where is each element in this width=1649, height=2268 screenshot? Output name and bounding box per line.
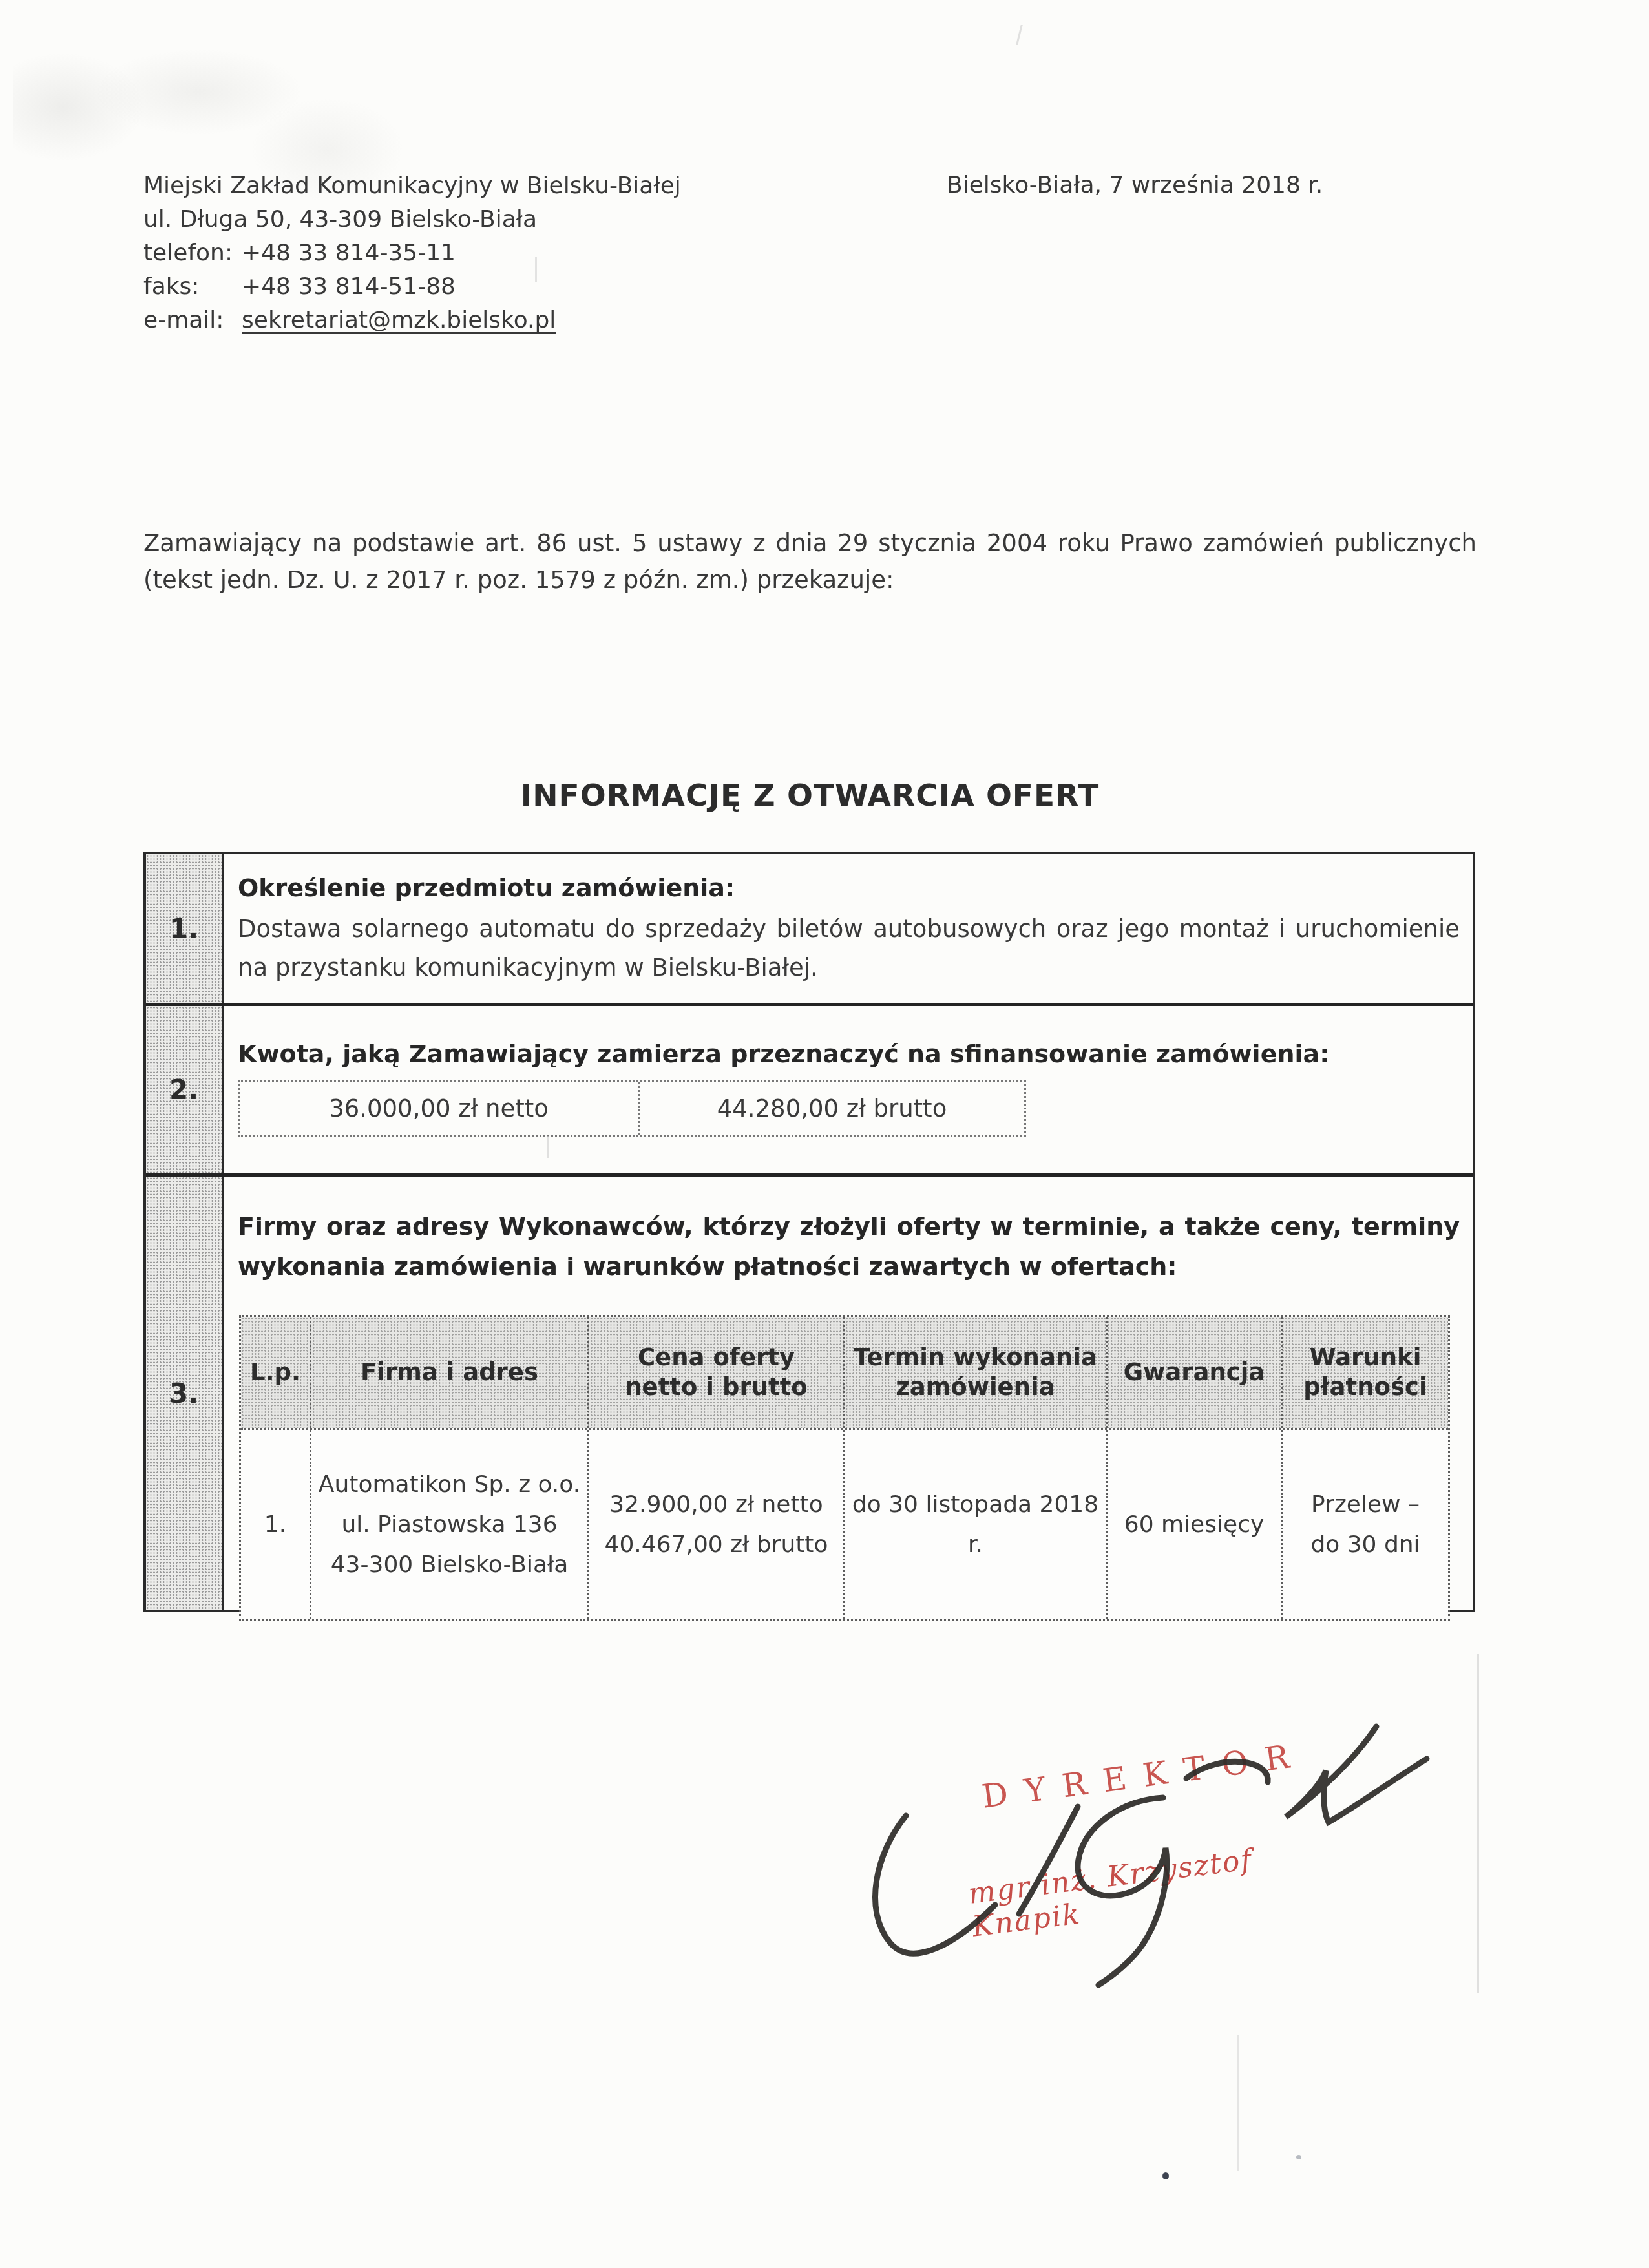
header-term-line1: Termin wykonania xyxy=(854,1343,1097,1372)
header-price-line2: netto i brutto xyxy=(625,1372,808,1402)
offer-warranty: 60 miesięcy xyxy=(1106,1430,1281,1619)
dateline: Bielsko-Biała, 7 września 2018 r. xyxy=(947,172,1323,198)
signature-stroke xyxy=(1078,1798,1167,1985)
offer-payment: Przelew –do 30 dni xyxy=(1281,1430,1448,1619)
fax-value: +48 33 814-51-88 xyxy=(242,273,456,300)
row1-content: Określenie przedmiotu zamówienia: Dostaw… xyxy=(224,854,1473,1003)
offer-firm-name: Automatikon Sp. z o.o. xyxy=(319,1465,580,1505)
row1-number-cell: 1. xyxy=(146,854,224,1003)
signature-stroke xyxy=(1019,1807,1078,1914)
phone-label: telefon: xyxy=(143,236,242,270)
sender-address: ul. Długa 50, 43-309 Bielsko-Biała xyxy=(143,203,681,236)
email-label: e-mail: xyxy=(143,304,242,337)
offer-price: 32.900,00 zł netto40.467,00 zł brutto xyxy=(587,1430,843,1619)
row3-content: Firmy oraz adresy Wykonawców, którzy zło… xyxy=(224,1177,1473,1610)
offer-lp: 1. xyxy=(241,1430,310,1619)
signature-stroke xyxy=(1186,1761,1268,1782)
row3-number-cell: 3. xyxy=(146,1177,224,1610)
offer-price-brutto: 40.467,00 zł brutto xyxy=(605,1525,828,1565)
offer-payment-line2: do 30 dni xyxy=(1310,1525,1420,1565)
offer-lp-value: 1. xyxy=(264,1505,286,1545)
scan-artifact-dot xyxy=(1162,2172,1169,2179)
header-price: Cena ofertynetto i brutto xyxy=(587,1317,843,1428)
sender-name: Miejski Zakład Komunikacyjny w Bielsku-B… xyxy=(143,169,681,203)
header-term-line2: zamówienia xyxy=(896,1372,1055,1402)
header-payment-line2: płatności xyxy=(1303,1372,1427,1402)
header-lp-label: L.p. xyxy=(250,1358,300,1387)
fax-label: faks: xyxy=(143,270,242,304)
amounts-box: 36.000,00 zł netto 44.280,00 zł brutto xyxy=(238,1080,1026,1137)
email-value: sekretariat@mzk.bielsko.pl xyxy=(242,307,556,333)
sender-phone: telefon:+48 33 814-35-11 xyxy=(143,236,681,270)
section1-body: Dostawa solarnego automatu do sprzedaży … xyxy=(238,910,1460,987)
table-row-3: 3. Firmy oraz adresy Wykonawców, którzy … xyxy=(146,1173,1473,1610)
header-term: Termin wykonaniazamówienia xyxy=(843,1317,1106,1428)
offer-payment-line1: Przelew – xyxy=(1311,1485,1420,1525)
header-payment: Warunkipłatności xyxy=(1281,1317,1448,1428)
table-row-1: 1. Określenie przedmiotu zamówienia: Dos… xyxy=(146,854,1473,1003)
header-warranty: Gwarancja xyxy=(1106,1317,1281,1428)
section3-heading-line1: Firmy oraz adresy Wykonawców, którzy zło… xyxy=(238,1206,1460,1246)
scan-artifact xyxy=(535,257,537,282)
header-firm-label: Firma i adres xyxy=(361,1358,538,1387)
offer-price-netto: 32.900,00 zł netto xyxy=(609,1485,823,1525)
header-payment-line1: Warunki xyxy=(1310,1343,1422,1372)
sender-fax: faks:+48 33 814-51-88 xyxy=(143,270,681,304)
offer-firm-street: ul. Piastowska 136 xyxy=(341,1505,557,1545)
main-table: 1. Określenie przedmiotu zamówienia: Dos… xyxy=(143,852,1475,1612)
scan-artifact xyxy=(1477,1654,1479,1993)
offer-term-value: do 30 listopada 2018 r. xyxy=(845,1485,1106,1565)
offer-term: do 30 listopada 2018 r. xyxy=(843,1430,1106,1619)
section2-heading: Kwota, jaką Zamawiający zamierza przezna… xyxy=(238,1040,1460,1068)
offer-firm: Automatikon Sp. z o.o.ul. Piastowska 136… xyxy=(310,1430,587,1619)
header-firm: Firma i adres xyxy=(310,1317,587,1428)
header-lp: L.p. xyxy=(241,1317,310,1428)
amount-brutto: 44.280,00 zł brutto xyxy=(638,1082,1024,1135)
handwritten-signature xyxy=(859,1699,1538,2022)
document-title: INFORMACJĘ Z OTWARCIA OFERT xyxy=(143,778,1476,814)
header-price-line1: Cena oferty xyxy=(638,1343,795,1372)
offers-data-row: 1. Automatikon Sp. z o.o.ul. Piastowska … xyxy=(241,1428,1448,1619)
row2-number-cell: 2. xyxy=(146,1006,224,1173)
sender-block: Miejski Zakład Komunikacyjny w Bielsku-B… xyxy=(143,169,681,337)
sender-email: e-mail:sekretariat@mzk.bielsko.pl xyxy=(143,304,681,337)
signature-stroke xyxy=(875,1816,995,1953)
scan-artifact xyxy=(1016,25,1023,45)
section3-heading-line2: wykonania zamówienia i warunków płatnośc… xyxy=(238,1246,1460,1286)
intro-paragraph: Zamawiający na podstawie art. 86 ust. 5 … xyxy=(143,525,1476,598)
table-row-2: 2. Kwota, jaką Zamawiający zamierza prze… xyxy=(146,1003,1473,1173)
row2-content: Kwota, jaką Zamawiający zamierza przezna… xyxy=(224,1006,1473,1173)
scan-artifact-dot xyxy=(1296,2155,1301,2159)
offers-header-row: L.p. Firma i adres Cena ofertynetto i br… xyxy=(241,1317,1448,1428)
signature-stroke xyxy=(1286,1727,1427,1822)
header-warranty-label: Gwarancja xyxy=(1124,1358,1265,1387)
offers-table: L.p. Firma i adres Cena ofertynetto i br… xyxy=(239,1315,1450,1621)
amount-netto: 36.000,00 zł netto xyxy=(240,1082,638,1135)
offer-firm-city: 43-300 Bielsko-Biała xyxy=(331,1545,569,1585)
scan-artifact xyxy=(1237,2035,1239,2171)
phone-value: +48 33 814-35-11 xyxy=(242,240,456,266)
offer-warranty-value: 60 miesięcy xyxy=(1124,1505,1264,1545)
section1-heading: Określenie przedmiotu zamówienia: xyxy=(238,874,1460,902)
scanned-document-page: Miejski Zakład Komunikacyjny w Bielsku-B… xyxy=(0,0,1649,2268)
section3-heading: Firmy oraz adresy Wykonawców, którzy zło… xyxy=(238,1206,1460,1286)
scan-artifact xyxy=(547,1136,549,1158)
